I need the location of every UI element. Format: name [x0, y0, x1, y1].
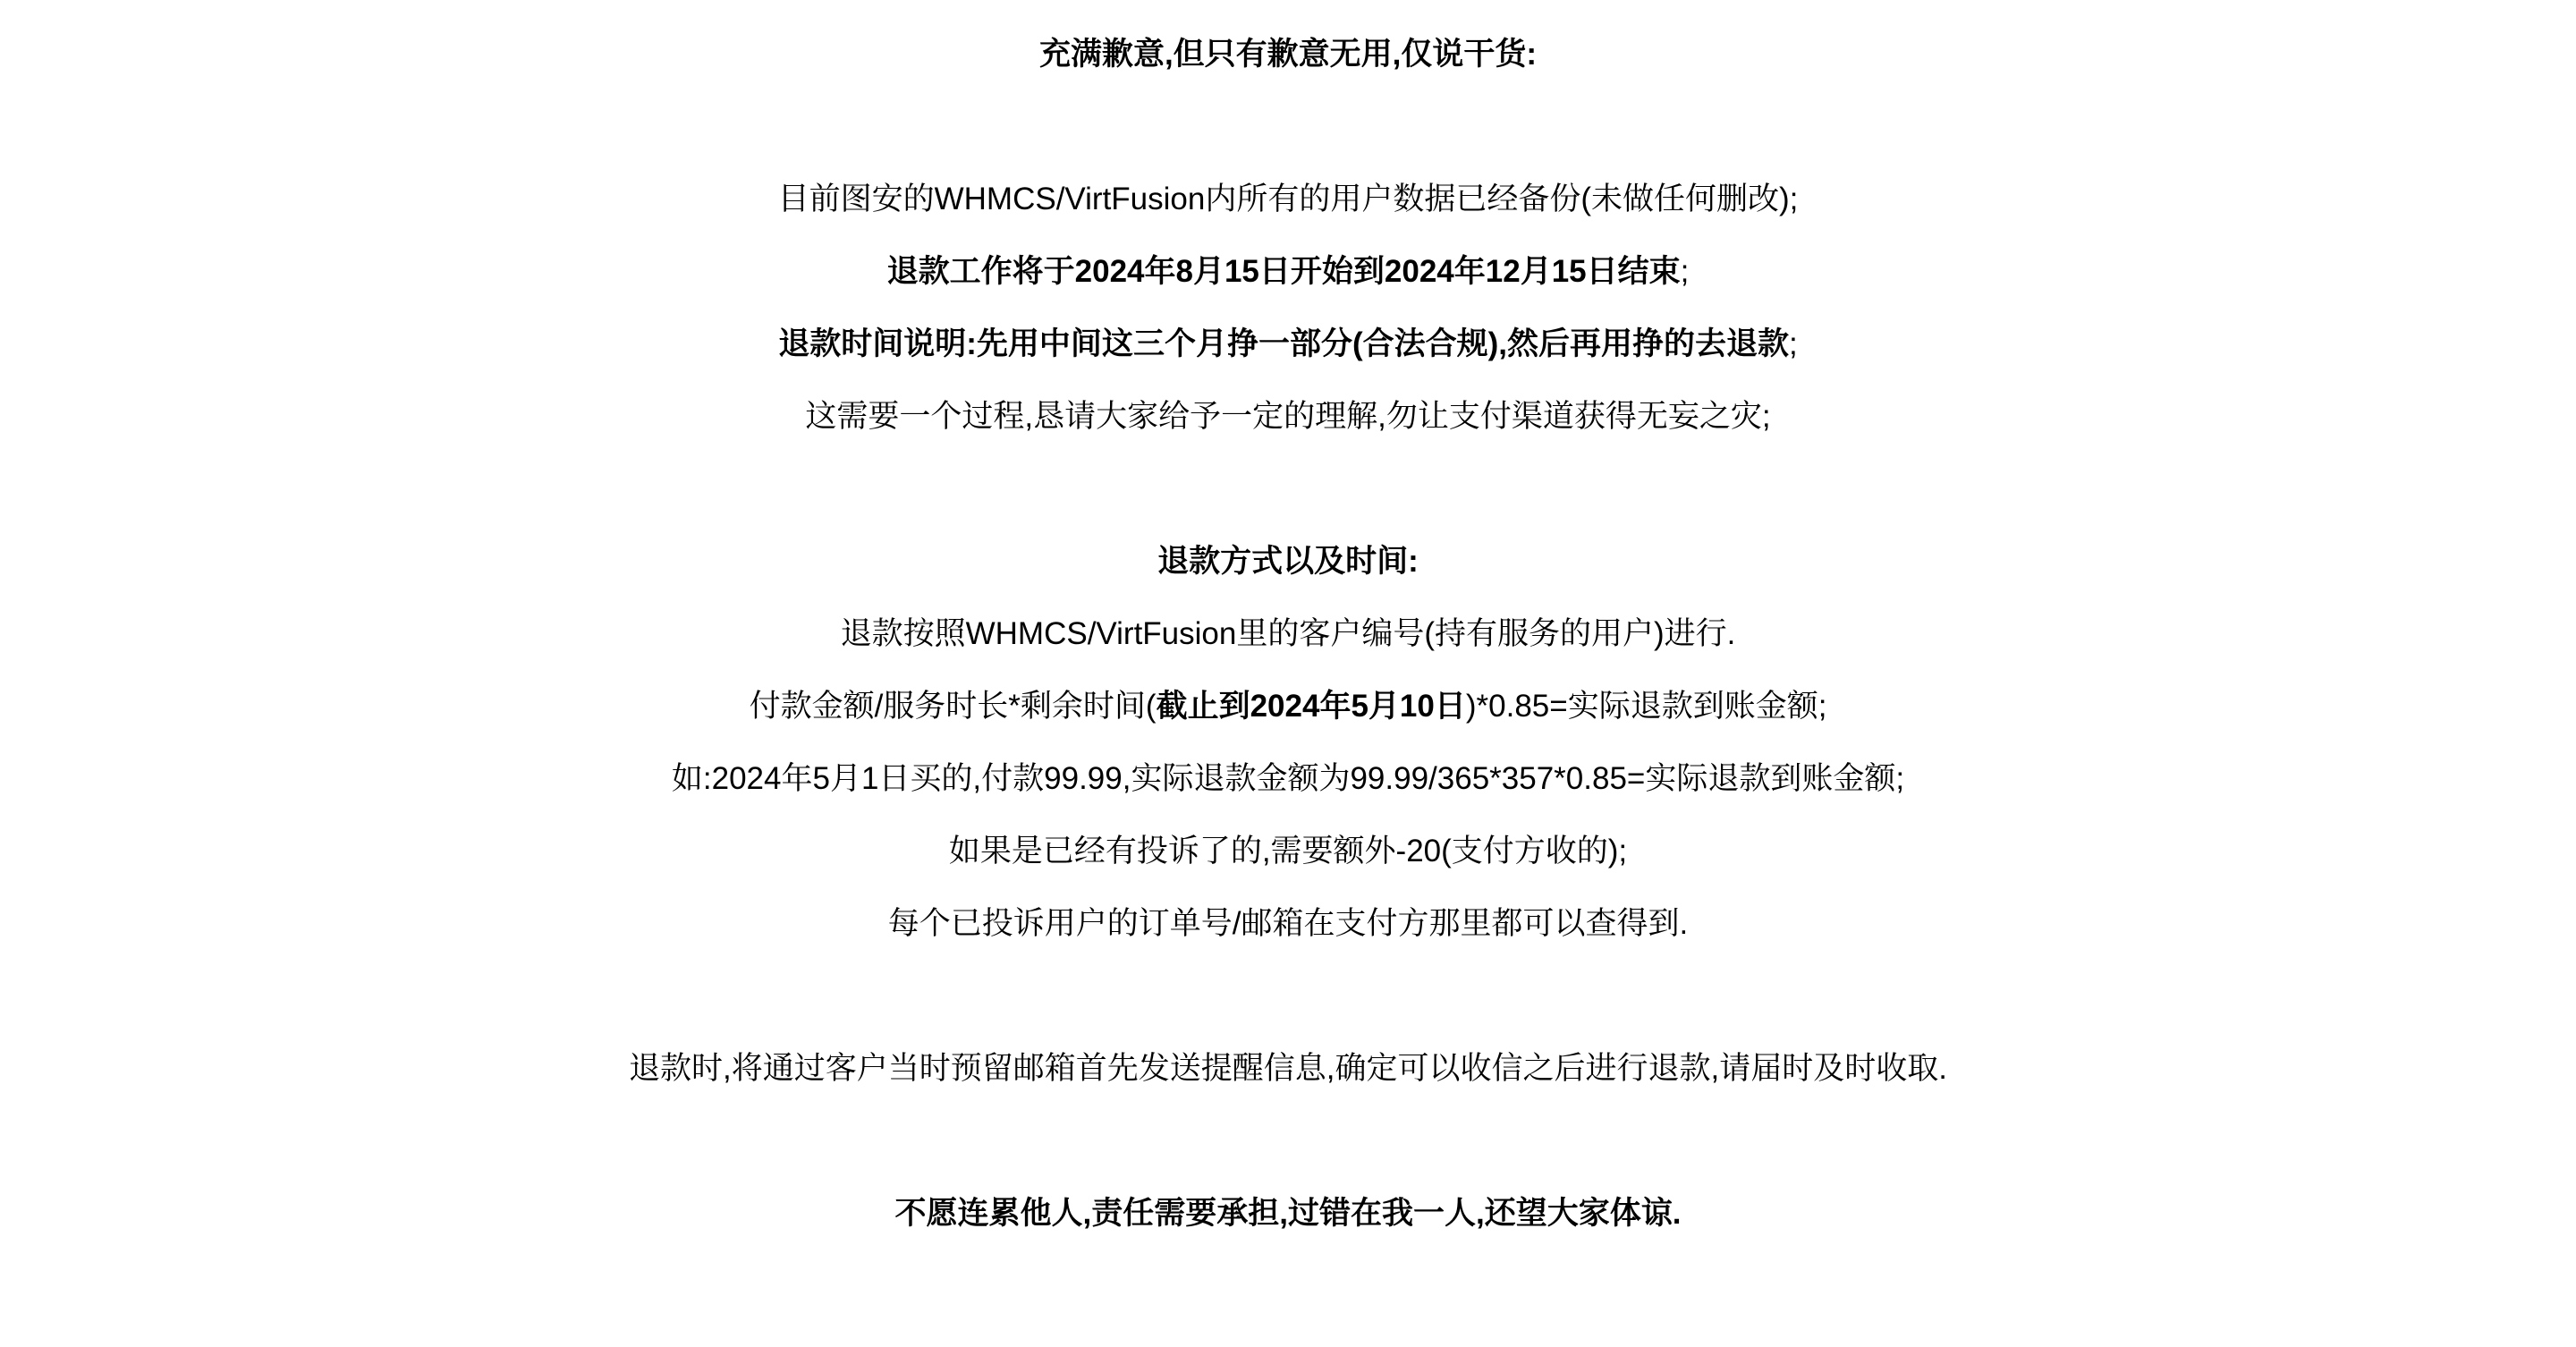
refund-formula-line: 付款金额/服务时长*剩余时间(截止到2024年5月10日)*0.85=实际退款到… — [0, 670, 2576, 742]
complaint-deduction-line: 如果是已经有投诉了的,需要额外-20(支付方收的); — [0, 815, 2576, 887]
blank-line — [0, 960, 2576, 1032]
apology-closing-line: 不愿连累他人,责任需要承担,过错在我一人,还望大家体谅. — [0, 1177, 2576, 1250]
refund-order-line: 退款按照WHMCS/VirtFusion里的客户编号(持有服务的用户)进行. — [0, 597, 2576, 670]
text-segment: 这需要一个过程,恳请大家给予一定的理解,勿让支付渠道获得无妄之灾; — [805, 399, 1770, 434]
backup-status-line: 目前图安的WHMCS/VirtFusion内所有的用户数据已经备份(未做任何删改… — [0, 163, 2576, 235]
text-segment: 如:2024年5月1日买的,付款99.99,实际退款金额为99.99/365*3… — [672, 761, 1904, 796]
text-segment: ; — [1681, 254, 1690, 289]
text-segment: ; — [1789, 326, 1798, 361]
email-notice-line: 退款时,将通过客户当时预留邮箱首先发送提醒信息,确定可以收信之后进行退款,请届时… — [0, 1032, 2576, 1105]
refund-example-line: 如:2024年5月1日买的,付款99.99,实际退款金额为99.99/365*3… — [0, 742, 2576, 815]
text-segment-bold: 截止到2024年5月10日 — [1157, 689, 1466, 724]
text-segment: 目前图安的WHMCS/VirtFusion内所有的用户数据已经备份(未做任何删改… — [778, 182, 1799, 216]
understanding-request-line: 这需要一个过程,恳请大家给予一定的理解,勿让支付渠道获得无妄之灾; — [0, 380, 2576, 453]
page-title: 充满歉意,但只有歉意无用,仅说干货: — [0, 18, 2576, 90]
title-text: 充满歉意,但只有歉意无用,仅说干货: — [1039, 37, 1537, 72]
refund-timing-note-line: 退款时间说明:先用中间这三个月挣一部分(合法合规),然后再用挣的去退款; — [0, 308, 2576, 380]
text-segment: )*0.85=实际退款到账金额; — [1466, 689, 1827, 724]
announcement-page: 充满歉意,但只有歉意无用,仅说干货: 目前图安的WHMCS/VirtFusion… — [0, 0, 2576, 1347]
heading-text: 退款方式以及时间: — [1157, 544, 1419, 579]
text-segment: 如果是已经有投诉了的,需要额外-20(支付方收的); — [949, 834, 1627, 868]
blank-line — [0, 1105, 2576, 1177]
text-segment-bold: 退款时间说明:先用中间这三个月挣一部分(合法合规),然后再用挣的去退款 — [778, 326, 1789, 361]
refund-schedule-line: 退款工作将于2024年8月15日开始到2024年12月15日结束; — [0, 235, 2576, 308]
text-segment: 退款按照WHMCS/VirtFusion里的客户编号(持有服务的用户)进行. — [841, 616, 1736, 651]
text-segment: 付款金额/服务时长*剩余时间( — [750, 689, 1157, 724]
text-segment-bold: 退款工作将于2024年8月15日开始到2024年12月15日结束 — [887, 254, 1681, 289]
blank-line — [0, 453, 2576, 525]
text-segment: 退款时,将通过客户当时预留邮箱首先发送提醒信息,确定可以收信之后进行退款,请届时… — [629, 1051, 1947, 1086]
blank-line — [0, 90, 2576, 163]
complaint-lookup-line: 每个已投诉用户的订单号/邮箱在支付方那里都可以查得到. — [0, 887, 2576, 960]
text-segment: 每个已投诉用户的订单号/邮箱在支付方那里都可以查得到. — [888, 906, 1688, 941]
refund-method-heading: 退款方式以及时间: — [0, 525, 2576, 597]
closing-text: 不愿连累他人,责任需要承担,过错在我一人,还望大家体谅. — [895, 1196, 1682, 1231]
